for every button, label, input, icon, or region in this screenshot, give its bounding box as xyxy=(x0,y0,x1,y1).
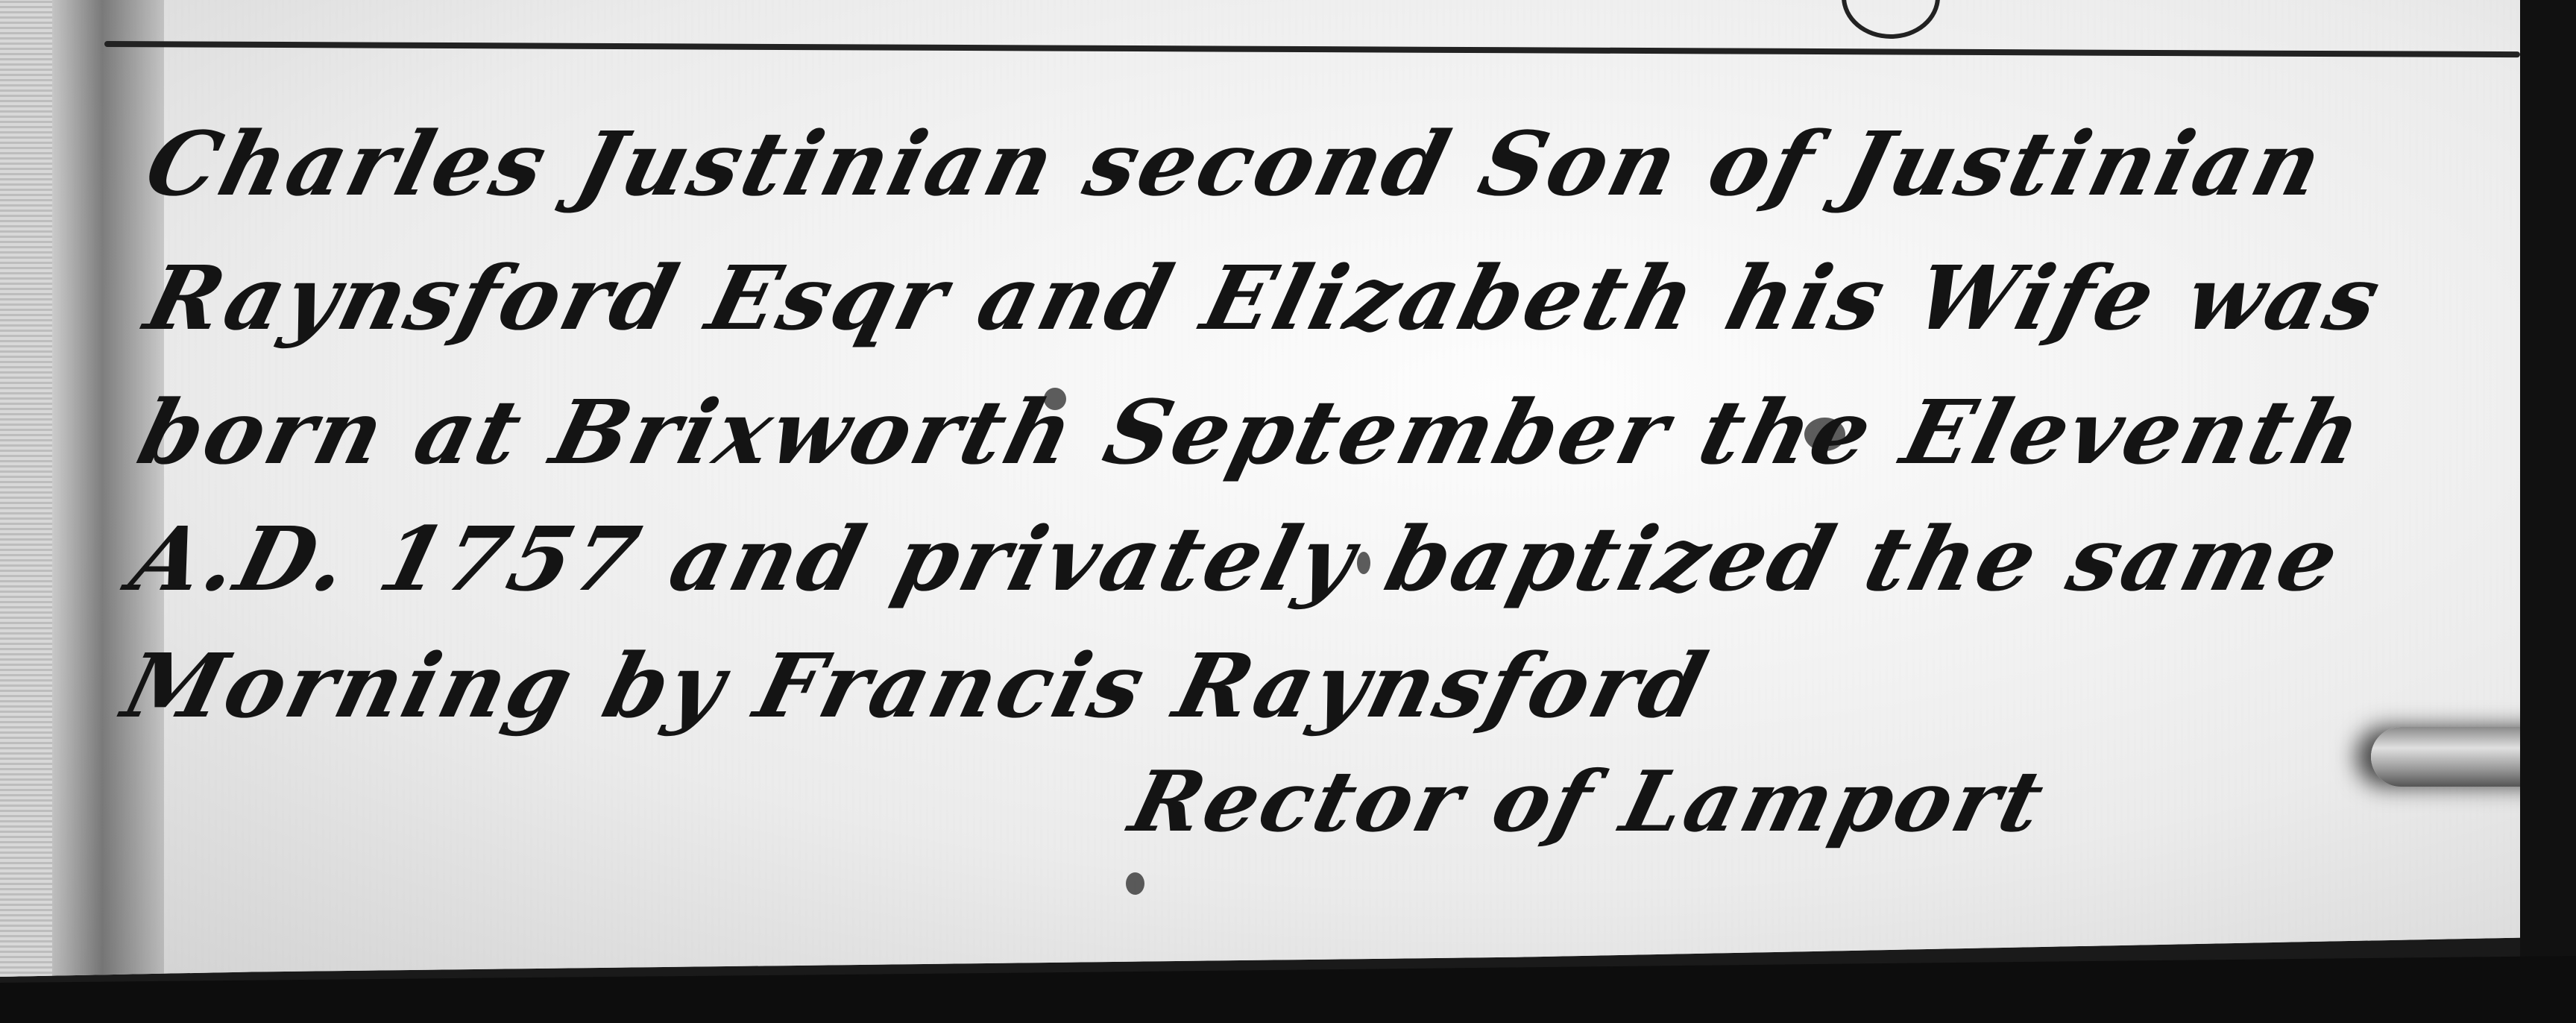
ink-blot xyxy=(1126,872,1144,895)
entry-line-3: born at Brixworth September the Eleventh xyxy=(129,380,2375,484)
signature-title-line: Rector of Lamport xyxy=(1121,753,2056,851)
right-background-edge xyxy=(2520,0,2576,1023)
adjacent-page-edge xyxy=(0,0,52,977)
entry-line-1: Charles Justinian second Son of Justinia… xyxy=(136,112,2335,215)
entry-separator-rule xyxy=(104,41,2520,57)
previous-entry-ink-loop xyxy=(1842,0,1940,39)
entry-line-2: Raynsford Esqr and Elizabeth his Wife wa… xyxy=(136,246,2393,350)
binding-gutter xyxy=(52,0,164,977)
entry-line-5: Morning by Francis Raynsford xyxy=(114,634,1719,737)
entry-line-4: A.D. 1757 and privately baptized the sam… xyxy=(122,507,2352,611)
manuscript-page: Charles Justinian second Son of Justinia… xyxy=(0,0,2520,977)
